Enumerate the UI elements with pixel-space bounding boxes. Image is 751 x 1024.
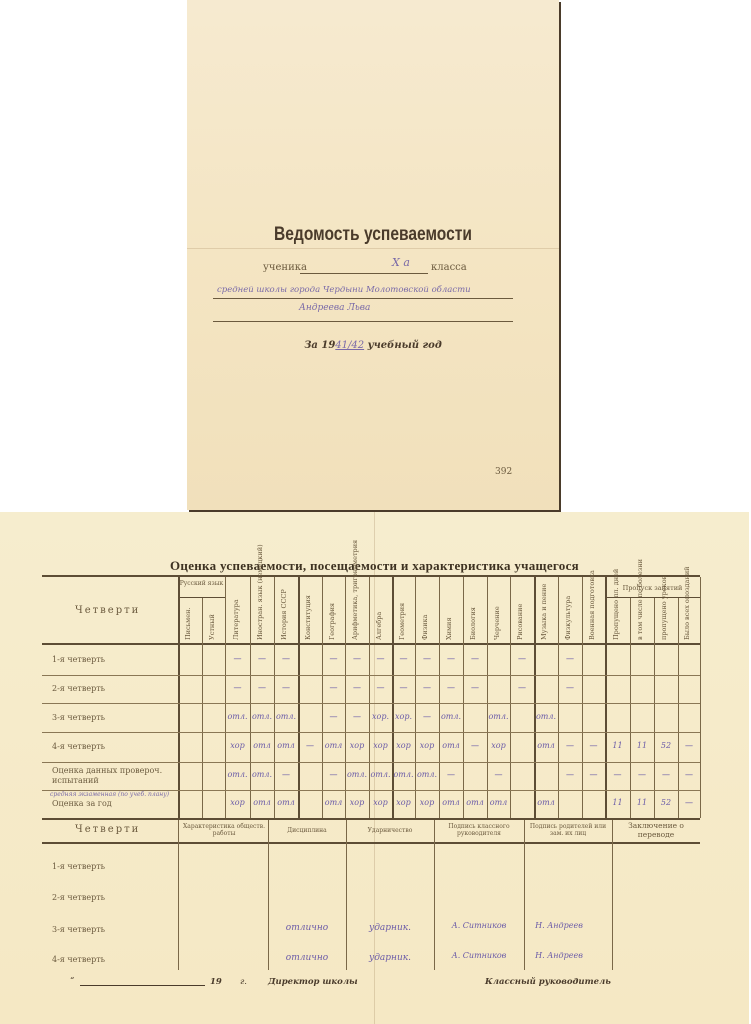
char-quarters-header: Четверти [75,824,140,835]
udarnichestvo-header: Ударничество [346,827,434,834]
rule [42,818,700,820]
grid-line [487,577,488,818]
column-header-propushcheno_dney: Пропущено пл. дней [613,600,620,640]
grade-cell-voennaya: — [582,741,605,750]
rule [42,703,700,704]
grade-cell-arifmetika: отл. [345,770,369,779]
grid-line [415,577,416,818]
class-teacher-label: Классный руководитель [485,977,611,987]
char-row-label: 2-я четверть [52,893,105,902]
parent-signature-cell: Н. Андреев [524,921,594,930]
rule [42,842,700,844]
grade-cell-fizkultura: — [558,770,582,779]
grade-cell-propushcheno_dney: — [605,770,630,779]
grid-line [510,577,511,818]
grade-cell-opozdaniy: — [678,741,700,750]
column-header-ustny: Устный [209,600,216,640]
grade-cell-risovanie: — [510,654,534,663]
grid-line [250,577,251,818]
grade-cell-khimiya: — [439,770,463,779]
grade-cell-cherchenie: отл. [487,712,510,721]
grade-cell-istoriya: — [274,654,298,663]
director-label: Директор школы [268,977,358,987]
row-label: 2-я четверть [52,684,177,694]
column-header-khimiya: Химия [446,580,453,640]
grade-cell-opozdaniy: — [678,770,700,779]
grade-cell-muzyka: отл [534,741,558,750]
rule [42,732,700,733]
column-header-opozdaniy: Было всех опозданий [684,600,691,640]
grade-cell-khimiya: — [439,683,463,692]
grade-cell-biologiya: — [463,683,487,692]
grade-cell-fizika: — [415,654,439,663]
grade-cell-muzyka: отл [534,798,558,807]
row-label: 4-я четверть [52,742,177,752]
grade-cell-khimiya: отл [439,741,463,750]
column-header-arifmetika: Арифметика, тригонометрия [352,580,359,640]
grade-cell-algebra: хор [369,798,392,807]
teacher-signature-header: Подпись классного руководителя [434,823,524,837]
grade-cell-geografiya: — [322,770,345,779]
grade-cell-istoriya: отл [274,741,298,750]
column-header-po_bolezni: в том числе по болезни [637,600,644,640]
grade-cell-literatura: отл. [225,712,250,721]
grade-cell-arifmetika: — [345,654,369,663]
row-label: 1-я четверть [52,655,177,665]
grade-cell-khimiya: отл [439,798,463,807]
rule [42,643,700,645]
grade-cell-fizika: — [415,712,439,721]
underline [213,298,513,299]
grid-line [225,577,226,818]
grade-cell-inostr: — [250,654,274,663]
discipline-cell: отлично [268,923,346,933]
udarnichestvo-cell: ударник. [346,923,434,933]
grade-cell-propushcheno_dney: 11 [605,741,630,750]
grid-line [463,577,464,818]
grid-line [392,577,394,818]
footer-year-suffix: г. [240,977,247,987]
column-header-fizika: Физика [422,580,429,640]
column-header-biologiya: Биология [470,580,477,640]
grade-cell-cherchenie: отл [487,798,510,807]
year-value: 41/42 [335,340,364,351]
grid-line [268,820,269,970]
grid-line [678,598,679,818]
grade-cell-algebra: хор. [369,712,392,721]
grid-line [700,577,701,818]
column-header-risovanie: Рисование [517,580,524,640]
grade-cell-inostr: отл. [250,712,274,721]
grid-line [202,598,203,818]
grade-cell-po_bolezni: — [630,770,654,779]
quarters-header: Четверти [75,605,140,616]
grid-line [274,577,275,818]
row-note: средняя экзаменная (по учеб. плану) [50,791,169,798]
grade-cell-biologiya: отл [463,798,487,807]
rule [42,675,700,676]
date-underline [80,985,205,986]
grade-cell-literatura: — [225,683,250,692]
grade-cell-propushcheno_urokov: 52 [654,741,678,750]
russian-group-header: Русский язык [178,580,225,587]
column-header-muzyka: Музыка и пение [541,580,548,640]
char-row-label: 4-я четверть [52,955,105,964]
grade-cell-arifmetika: хор [345,741,369,750]
grade-cell-istoriya: отл. [274,712,298,721]
grid-line [524,820,525,970]
underline [213,321,513,322]
grid-line [346,820,347,970]
grid-line [322,577,323,818]
transfer-conclusion-header: Заключение о переводе [612,821,700,839]
grade-cell-po_bolezni: 11 [630,741,654,750]
grade-cell-biologiya: — [463,741,487,750]
grade-cell-voennaya: — [582,770,605,779]
cover-sheet: Ведомость успеваемости ученика X а класс… [187,0,559,510]
grid-line [439,577,440,818]
grade-cell-geometriya: — [392,654,415,663]
column-header-algebra: Алгебра [376,580,383,640]
grade-cell-fizika: хор [415,798,439,807]
column-header-fizkultura: Физкультура [565,580,572,640]
cover-title: Ведомость успеваемости [220,224,525,246]
grade-cell-arifmetika: хор [345,798,369,807]
school-line: средней школы города Чердыни Молотовской… [217,285,471,295]
discipline-cell: отлично [268,953,346,963]
social-work-header: Характеристика обществ. работы [180,823,268,837]
column-header-istoriya: История СССР [281,580,288,640]
grade-cell-muzyka: отл. [534,712,558,721]
rule [42,575,700,577]
grade-cell-risovanie: — [510,683,534,692]
grid-line [654,598,655,818]
char-row-label: 1-я четверть [52,862,105,871]
grade-cell-inostr: отл [250,741,274,750]
grid-line [582,577,583,818]
grade-cell-algebra: — [369,683,392,692]
grade-cell-po_bolezni: 11 [630,798,654,807]
year-line: За 1941/42 учебный год [187,340,559,351]
grade-cell-inostr: — [250,683,274,692]
grade-cell-geografiya: — [322,654,345,663]
char-row-label: 3-я четверть [52,925,105,934]
fold-line [374,512,375,1024]
grid-line [369,577,370,818]
grade-cell-literatura: отл. [225,770,250,779]
grade-cell-fizika: — [415,683,439,692]
grade-cell-propushcheno_urokov: — [654,770,678,779]
grid-line [612,820,613,970]
grade-cell-literatura: — [225,654,250,663]
grade-cell-fizkultura: — [558,683,582,692]
grid-line [434,820,435,970]
grid-line [298,577,300,818]
page-number: 392 [495,467,512,477]
grade-cell-fizkultura: — [558,741,582,750]
column-header-voennaya: Военная подготовка [589,580,596,640]
grid-line [605,577,607,818]
teacher-signature-cell: А. Ситников [434,921,524,930]
grade-cell-geometriya: хор. [392,712,415,721]
grade-cell-algebra: — [369,654,392,663]
column-header-literatura: Литература [233,580,240,640]
grade-cell-geografiya: отл [322,798,345,807]
column-header-cherchenie: Черчение [494,580,501,640]
grade-cell-arifmetika: — [345,712,369,721]
student-label: ученика [263,262,307,273]
rule [42,762,700,763]
grid-line [178,577,180,818]
column-header-inostr: Иностран. язык (немецкий) [257,580,264,640]
year-prefix: За 19 [304,340,335,351]
grade-cell-khimiya: — [439,654,463,663]
column-header-pismen: Письмен. [185,600,192,640]
grade-cell-literatura: хор [225,798,250,807]
date-quote: “ [70,976,74,986]
row-label: 3-я четверть [52,713,177,723]
column-header-geografiya: География [329,580,336,640]
grade-cell-cherchenie: — [487,770,510,779]
student-name: Андреева Льва [299,303,370,313]
grade-cell-istoriya: отл [274,798,298,807]
grade-cell-arifmetika: — [345,683,369,692]
grade-cell-fizika: отл. [415,770,439,779]
grade-cell-inostr: отл [250,798,274,807]
teacher-signature-cell: А. Ситников [434,951,524,960]
grade-cell-opozdaniy: — [678,798,700,807]
column-header-konstitutsiya: Конституция [305,580,312,640]
grade-cell-inostr: отл. [250,770,274,779]
year-suffix: учебный год [368,340,442,351]
grid-line [558,577,559,818]
grid-line [178,820,179,970]
grade-cell-algebra: хор [369,741,392,750]
row-label: Оценка данных провероч. испытаний [52,766,177,786]
class-label: класса [431,262,467,273]
grade-cell-geografiya: — [322,712,345,721]
grade-cell-propushcheno_urokov: 52 [654,798,678,807]
grade-cell-biologiya: — [463,654,487,663]
grade-cell-geografiya: — [322,683,345,692]
class-value: X а [392,256,410,269]
grade-cell-geometriya: отл. [392,770,415,779]
row-label: Оценка за год [52,799,177,809]
grade-cell-geometriya: — [392,683,415,692]
grade-cell-fizkultura: — [558,654,582,663]
discipline-header: Дисциплина [268,827,346,834]
grade-cell-istoriya: — [274,683,298,692]
grid-line [630,598,631,818]
footer-year: 19 [210,977,222,987]
grade-cell-istoriya: — [274,770,298,779]
grade-cell-konstitutsiya: — [298,741,322,750]
grade-cell-geometriya: хор [392,798,415,807]
udarnichestvo-cell: ударник. [346,953,434,963]
grade-cell-geometriya: хор [392,741,415,750]
grade-cell-algebra: отл. [369,770,392,779]
grade-cell-fizika: хор [415,741,439,750]
grade-cell-literatura: хор [225,741,250,750]
grade-cell-geografiya: отл [322,741,345,750]
grade-cell-propushcheno_dney: 11 [605,798,630,807]
column-header-geometriya: Геометрия [399,580,406,640]
grade-cell-cherchenie: хор [487,741,510,750]
grid-line [534,577,536,818]
parent-signature-header: Подпись родителей или зам. их лиц [524,823,612,837]
parent-signature-cell: Н. Андреев [524,951,594,960]
grid-line [345,577,346,818]
underline [300,273,428,274]
grade-cell-khimiya: отл. [439,712,463,721]
column-header-propushcheno_urokov: пропущено уроков [661,600,668,640]
